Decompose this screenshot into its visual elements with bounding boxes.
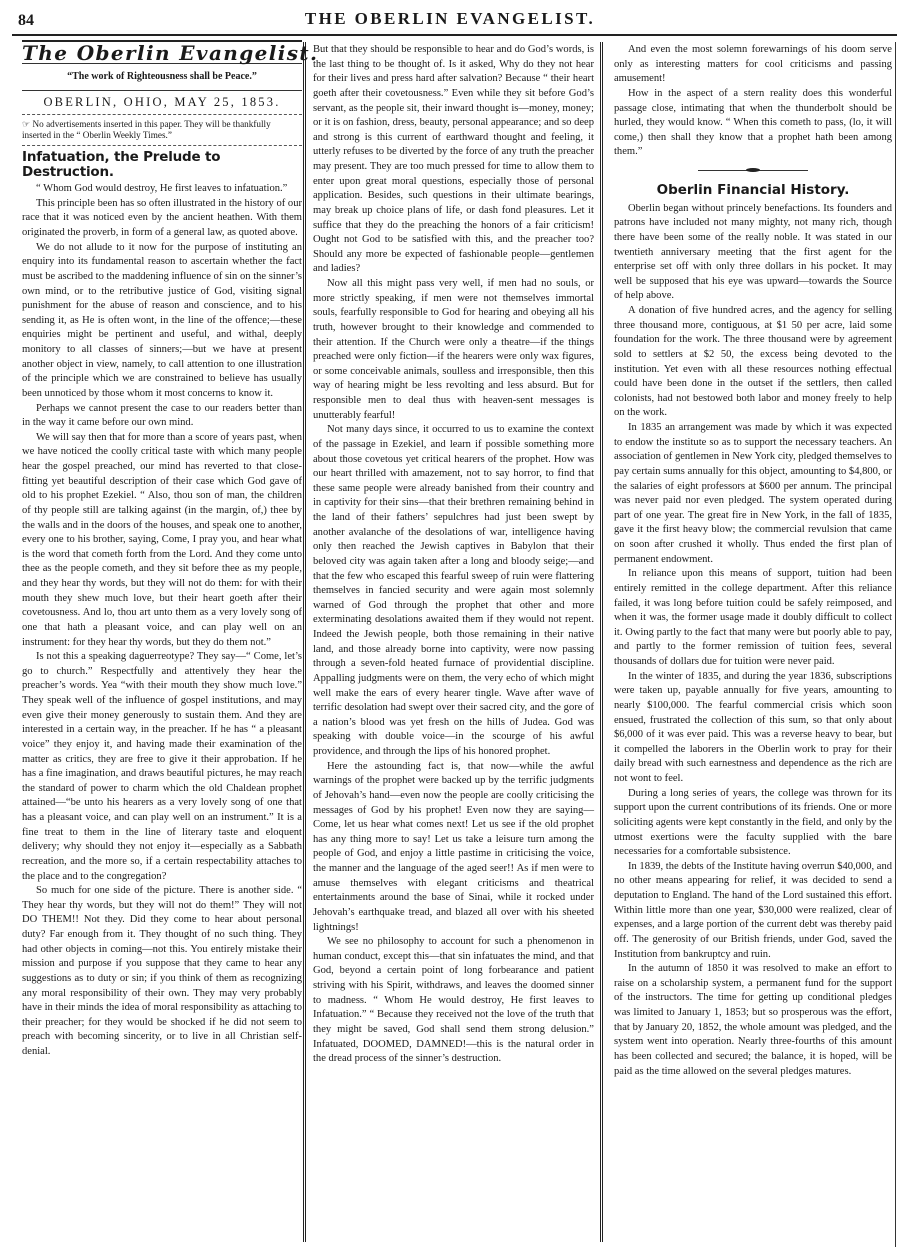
article-paragraph: Oberlin began without princely benefacti… [614, 202, 892, 304]
article-paragraph: In 1839, the debts of the Institute havi… [614, 860, 892, 962]
article-paragraph: Here the astounding fact is, that now—wh… [313, 760, 594, 936]
column-divider [303, 42, 306, 1242]
column-3: And even the most solemn forewarnings of… [614, 43, 892, 1079]
article-paragraph: But that they should be responsible to h… [313, 43, 594, 277]
article-paragraph: How in the aspect of a stern reality doe… [614, 87, 892, 160]
article-paragraph: Perhaps we cannot present the case to ou… [22, 402, 302, 431]
column-1: The Oberlin Evangelist. “The work of Rig… [22, 40, 302, 1060]
article-paragraph: In the winter of 1835, and during the ye… [614, 670, 892, 787]
column-divider [600, 42, 603, 1242]
article-paragraph: And even the most solemn forewarnings of… [614, 43, 892, 87]
masthead-motto: “The work of Righteousness shall be Peac… [22, 64, 302, 92]
pointing-hand-icon: ☞ [22, 119, 33, 129]
advertising-notice: ☞ No advertisements inserted in this pap… [22, 115, 302, 146]
top-rule [12, 34, 897, 36]
article-paragraph: This principle been has so often illustr… [22, 197, 302, 241]
article-paragraph: So much for one side of the picture. The… [22, 884, 302, 1060]
article-title: Infatuation, the Prelude to Destruction. [22, 150, 302, 179]
running-head: THE OBERLIN EVANGELIST. [0, 9, 900, 29]
section-ornament-rule [698, 170, 808, 171]
article-paragraph: During a long series of years, the colle… [614, 787, 892, 860]
article-paragraph: In reliance upon this means of support, … [614, 567, 892, 669]
article-paragraph: “ Whom God would destroy, He first leave… [22, 182, 302, 197]
notice-text: No advertisements inserted in this paper… [22, 119, 271, 140]
article-paragraph: Is not this a speaking daguerreotype? Th… [22, 650, 302, 884]
article-paragraph: A donation of five hundred acres, and th… [614, 304, 892, 421]
masthead: The Oberlin Evangelist. “The work of Rig… [22, 40, 302, 146]
article-title: Oberlin Financial History. [614, 183, 892, 198]
masthead-title: The Oberlin Evangelist. [22, 40, 302, 64]
article-paragraph: In 1835 an arrangement was made by which… [614, 421, 892, 567]
article-paragraph: Not many days since, it occurred to us t… [313, 423, 594, 759]
article-paragraph: In the autumn of 1850 it was resolved to… [614, 962, 892, 1079]
article-paragraph: We will say then that for more than a sc… [22, 431, 302, 650]
article-paragraph: We see no philosophy to account for such… [313, 935, 594, 1067]
article-paragraph: We do not allude to it now for the purpo… [22, 241, 302, 402]
column-2: But that they should be responsible to h… [313, 43, 594, 1067]
page-edge-rule [895, 42, 896, 1247]
dateline: OBERLIN, OHIO, MAY 25, 1853. [22, 91, 302, 115]
article-paragraph: Now all this might pass very well, if me… [313, 277, 594, 423]
